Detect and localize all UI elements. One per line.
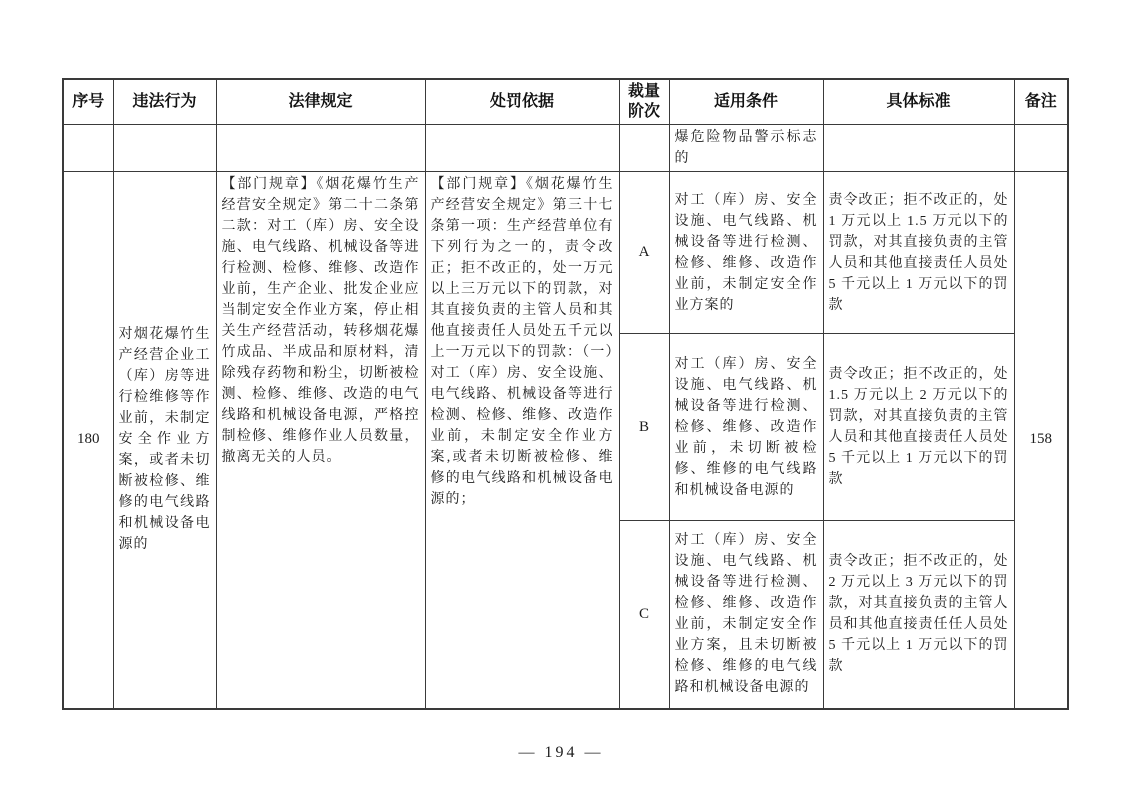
continuation-condition-cell: 爆危险物品警示标志的 [669,125,823,172]
empty-cell-standard [823,125,1014,172]
penalty-basis-cell: 【部门规章】《烟花爆竹生产经营安全规定》第三十七条第一项：生产经营单位有下列行为… [425,172,619,709]
empty-cell-penalty-basis [425,125,619,172]
tier-a-condition-cell: 对工（库）房、安全设施、电气线路、机械设备等进行检测、检修、维修、改造作业前，未… [669,172,823,334]
remark-cell: 158 [1014,172,1068,709]
tier-b-standard-cell: 责令改正；拒不改正的，处 1.5 万元以上 2 万元以下的罚款，对其直接负责的主… [823,334,1014,521]
col-header-specific-standard: 具体标准 [823,79,1014,125]
page-number: — 194 — [0,744,1122,762]
col-header-discretion-tier: 裁量阶次 [619,79,669,125]
empty-cell-remark [1014,125,1068,172]
col-header-serial: 序号 [63,79,113,125]
penalty-standards-table: 序号 违法行为 法律规定 处罚依据 裁量阶次 适用条件 具体标准 备注 爆危险物… [62,78,1069,710]
violation-cell: 对烟花爆竹生产经营企业工（库）房等进行检维修等作业前，未制定安全作业方案，或者未… [113,172,216,709]
tier-a-level-cell: A [619,172,669,334]
empty-cell-serial [63,125,113,172]
col-header-applicable-condition: 适用条件 [669,79,823,125]
legal-provision-cell: 【部门规章】《烟花爆竹生产经营安全规定》第二十二条第二款：对工（库）房、安全设施… [216,172,425,709]
header-row: 序号 违法行为 法律规定 处罚依据 裁量阶次 适用条件 具体标准 备注 [63,79,1068,125]
empty-cell-legal-provision [216,125,425,172]
empty-cell-tier [619,125,669,172]
tier-c-condition-cell: 对工（库）房、安全设施、电气线路、机械设备等进行检测、检修、维修、改造作业前，未… [669,521,823,709]
tier-c-standard-cell: 责令改正；拒不改正的，处 2 万元以上 3 万元以下的罚款，对其直接负责的主管人… [823,521,1014,709]
tier-c-level-cell: C [619,521,669,709]
continuation-row: 爆危险物品警示标志的 [63,125,1068,172]
col-header-penalty-basis: 处罚依据 [425,79,619,125]
tier-a-standard-cell: 责令改正；拒不改正的，处 1 万元以上 1.5 万元以下的罚款，对其直接负责的主… [823,172,1014,334]
tier-b-condition-cell: 对工（库）房、安全设施、电气线路、机械设备等进行检测、检修、维修、改造作业前，未… [669,334,823,521]
row-180-tier-a: 180 对烟花爆竹生产经营企业工（库）房等进行检维修等作业前，未制定安全作业方案… [63,172,1068,334]
empty-cell-violation [113,125,216,172]
col-header-remark: 备注 [1014,79,1068,125]
col-header-violation: 违法行为 [113,79,216,125]
col-header-legal-provision: 法律规定 [216,79,425,125]
tier-b-level-cell: B [619,334,669,521]
serial-cell: 180 [63,172,113,709]
